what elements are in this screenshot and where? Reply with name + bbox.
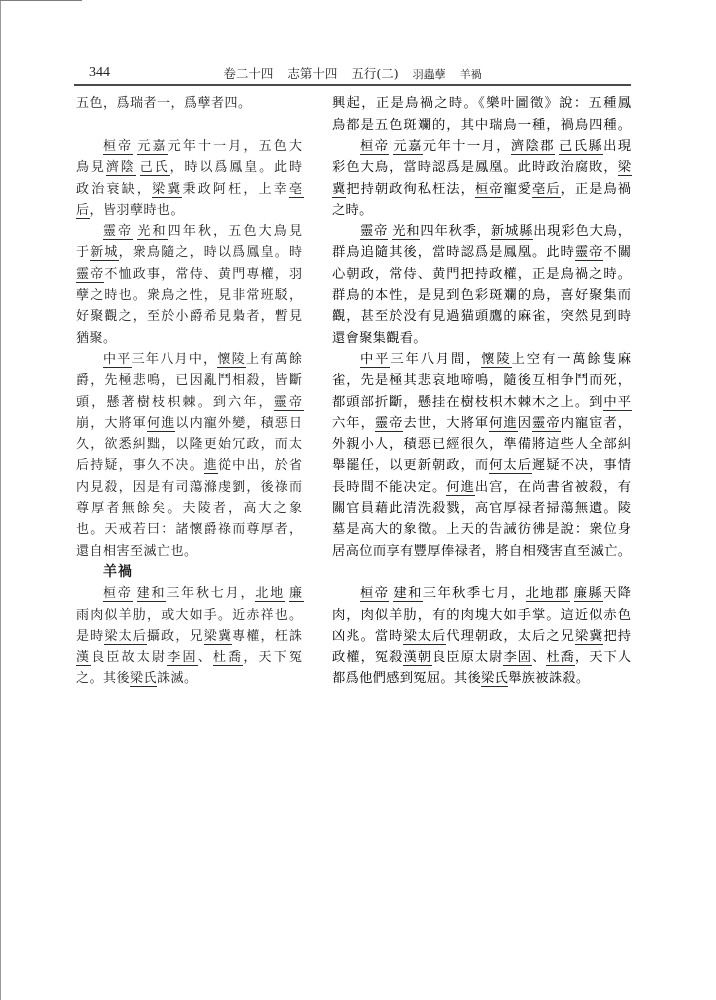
text-run: 鳥都是五色斑斕的，其中瑞鳥一種，禍鳥四種。 (332, 118, 632, 133)
text-line: 猶聚。 (76, 328, 302, 349)
text-run: 上有萬餘 (246, 352, 303, 367)
text-line: 是時梁太后攝政，兄梁冀專權，枉誅 (76, 626, 302, 647)
text-run: 五色，爲瑞者一，爲孽者四。 (76, 96, 252, 111)
proper-name-underlined: 桓帝 (103, 139, 133, 155)
proper-name-underlined: 亳后 (532, 182, 561, 198)
line-text: 桓帝建和三年秋季七月，北地郡廉縣天降 (360, 586, 632, 601)
text-line: 中平三年八月間，懷陵上空有一萬餘隻麻 (332, 349, 631, 370)
text-run: ，正是鳥禍 (561, 182, 632, 197)
text-run: 興起，正是鳥禍之時。《樂叶圖徵》說：五種鳳 (332, 96, 632, 111)
text-line: 關官員藉此清洗殺戮，高官厚禄者掃蕩無遺。陵 (332, 498, 631, 519)
text-run: 羊禍 (103, 564, 133, 580)
text-run: ，天下人 (575, 650, 632, 665)
proper-name-underlined: 漢 (76, 650, 91, 666)
text-line: 桓帝建和三年秋季七月，北地郡廉縣天降 (332, 583, 631, 604)
text-run: 都頭部折斷，懸挂在樹枝枳木棘木之上。到 (332, 395, 603, 410)
text-run: 群鳥追隨其後，當時認爲是鳳凰。此時 (332, 245, 575, 260)
line-text: 墓是高大的象徵。上天的告誡彷彿是說：衆位身 (332, 522, 632, 537)
proper-name-underlined: 己氏 (140, 160, 170, 176)
text-line: 靈帝光和四年秋，五色大鳥見 (76, 221, 302, 242)
line-text: 雨肉似羊肋，或大如手。近赤祥也。 (76, 608, 303, 623)
line-text: 也。天戒若曰：諸懷爵祿而尊厚者， (76, 522, 303, 537)
text-line: 雨肉似羊肋，或大如手。近赤祥也。 (76, 605, 302, 626)
text-run: 不恤政事，常侍、黄門專權，羽 (104, 267, 303, 282)
text-line: 之時。 (332, 200, 631, 221)
proper-name-underlined: 靈帝 (360, 224, 388, 240)
blank-line (332, 562, 631, 583)
text-run: 關官員藉此清洗殺戮，高官厚禄者掃蕩無遺。陵 (332, 501, 632, 516)
modern-translation-column: 興起，正是鳥禍之時。《樂叶圖徵》說：五種鳳鳥都是五色斑斕的，其中瑞鳥一種，禍鳥四… (332, 93, 631, 689)
proper-name-underlined: 梁氏 (130, 671, 157, 687)
text-line: 頭，懸著樹枝枳棘。到六年，靈帝 (76, 392, 302, 413)
line-text: 彩色大鳥，當時認爲是鳳凰。此時政治腐敗，梁 (332, 160, 632, 176)
proper-name-underlined: 桓帝 (475, 182, 504, 198)
text-run: 三年八月間， (390, 352, 481, 367)
line-text: 都爲他們感到冤屈。其後梁氏舉族被誅殺。 (332, 671, 589, 687)
running-title: 卷二十四 志第十四 五行(二) 羽蟲孽 羊禍 (74, 65, 631, 84)
text-line: 也。天戒若曰：諸懷爵祿而尊厚者， (76, 519, 302, 540)
classical-text-column: 五色，爲瑞者一，爲孽者四。桓帝元嘉元年十一月，五色大鳥見濟陰己氏，時以爲鳳皇。此… (76, 93, 302, 689)
text-line: 中平三年八月中，懷陵上有萬餘 (76, 349, 302, 370)
header-rule (74, 84, 631, 86)
text-line: 靈帝不恤政事，常侍、黄門專權，羽 (76, 264, 302, 285)
proper-name-underlined: 新城縣 (491, 224, 533, 240)
line-text: 桓帝元嘉元年十一月，濟陰郡己氏縣出現 (360, 139, 632, 154)
running-title-topic-2: 羊禍 (460, 68, 482, 81)
text-line: 好聚觀之，至於小爵希見梟者，暫見 (76, 306, 302, 327)
text-run: 都爲他們感到冤屈。其後 (332, 671, 481, 686)
proper-name-underlined: 梁冀 (204, 629, 232, 645)
text-run: 是時 (76, 629, 104, 644)
text-run: 把持朝政徇私枉法， (346, 182, 475, 197)
line-text: 居高位而享有豐厚俸禄者，將自相殘害直至滅亡。 (332, 544, 631, 559)
text-run: 墓是高大的象徵。上天的告誡彷彿是說：衆位身 (332, 522, 632, 537)
text-line: 后持疑，事久不决。進從中出，於省 (76, 455, 302, 476)
proper-name-underlined: 光和 (137, 224, 167, 240)
text-run: 代理朝政，太后之兄 (446, 629, 575, 644)
proper-name-underlined: 靈帝 (375, 416, 404, 432)
proper-name-underlined: 杜喬 (213, 650, 243, 666)
text-line: 冀把持朝政徇私枉法，桓帝寵愛亳后，正是鳥禍 (332, 179, 631, 200)
line-text: 好聚觀之，至於小爵希見梟者，暫見 (76, 309, 303, 324)
text-line: 后，皆羽孽時也。 (76, 200, 302, 221)
text-run: 四年秋，五色大鳥見 (168, 224, 304, 239)
text-run: ，時以爲鳳皇。此時 (170, 160, 304, 175)
text-run: 之時。 (332, 203, 373, 218)
line-text: 還自相害至滅亡也。 (76, 544, 198, 559)
text-run: 六年， (332, 416, 375, 431)
text-run: 元年十一月， (423, 139, 511, 154)
text-line: 墓是高大的象徵。上天的告誡彷彿是說：衆位身 (332, 519, 631, 540)
text-run: 政治衰缺， (76, 182, 152, 197)
line-text: 鳥見濟陰己氏，時以爲鳳皇。此時 (76, 160, 304, 175)
text-run: 外親小人，積惡已經很久，準備將這些人全部糾 (332, 437, 632, 452)
text-run: 以内寵外變，積惡日 (175, 416, 303, 431)
line-text: 六年，靈帝去世，大將軍何進因靈帝内寵宦者， (332, 416, 632, 432)
line-text: 舉罷任，以更新朝政，而何太后遲疑不决，事情 (332, 458, 632, 474)
proper-name-underlined: 濟陰郡 (511, 139, 555, 155)
text-run: 四年秋季， (420, 224, 490, 239)
line-text: 政權，冤殺漢朝良臣原太尉李固、杜喬，天下人 (332, 650, 632, 666)
proper-name-underlined: 靈帝 (575, 245, 604, 261)
text-run: 觀，甚至於没有見過猫頭鷹的麻雀，突然見到時 (332, 309, 632, 324)
text-line: 群鳥的本性，是見到色彩斑斕的鳥，喜好聚集而 (332, 285, 631, 306)
text-line: 爵，先極悲鳴，已因亂鬥相殺，皆斷 (76, 370, 302, 391)
text-run: 、 (532, 650, 546, 665)
text-run: 三年八月中， (132, 352, 218, 367)
running-title-topic-1: 羽蟲孽 (413, 68, 446, 81)
text-run: 爵，先極悲鳴，已因亂鬥相殺，皆斷 (76, 373, 303, 388)
line-text: 爵，先極悲鳴，已因亂鬥相殺，皆斷 (76, 373, 303, 388)
blank-line (76, 115, 302, 136)
line-text: 中平三年八月中，懷陵上有萬餘 (103, 352, 303, 368)
text-run: 出現彩色大鳥， (533, 224, 632, 239)
text-run: 三年秋七月， (166, 586, 255, 601)
running-title-section: 五行(二) (351, 66, 398, 81)
text-run: 凶兆。當時 (332, 629, 403, 644)
proper-name-underlined: 桓帝 (360, 586, 389, 602)
proper-name-underlined: 靈帝 (103, 224, 133, 240)
text-line: 凶兆。當時梁太后代理朝政，太后之兄梁冀把持 (332, 626, 631, 647)
text-line: 崩，大將軍何進以内寵外變，積惡日 (76, 413, 302, 434)
text-line: 肉，肉似羊肋，有的肉塊大如手掌。這近似赤色 (332, 605, 631, 626)
text-line: 還自相害至滅亡也。 (76, 541, 302, 562)
line-text: 之時。 (332, 203, 373, 218)
line-text: 鳥都是五色斑斕的，其中瑞鳥一種，禍鳥四種。 (332, 118, 632, 133)
text-run: 長時間不能决定。 (332, 480, 446, 495)
proper-name-underlined: 北地 (255, 586, 285, 602)
line-text: 外親小人，積惡已經很久，準備將這些人全部糾 (332, 437, 632, 452)
line-text: 漢良臣故太尉李固、杜喬，天下冤 (76, 650, 304, 666)
proper-name-underlined: 梁冀 (152, 182, 182, 198)
text-run: 之。其後 (76, 671, 130, 686)
running-title-treatise: 志第十四 (287, 66, 337, 81)
text-line: 漢良臣故太尉李固、杜喬，天下冤 (76, 647, 302, 668)
line-text: 冀把持朝政徇私枉法，桓帝寵愛亳后，正是鳥禍 (332, 182, 632, 198)
text-run: 肉，肉似羊肋，有的肉塊大如手掌。這近似赤色 (332, 608, 632, 623)
text-line: 群鳥追隨其後，當時認爲是鳳凰。此時靈帝不關 (332, 242, 631, 263)
line-text: 中平三年八月間，懷陵上空有一萬餘隻麻 (360, 352, 633, 368)
line-text: 桓帝元嘉元年十一月，五色大 (103, 139, 304, 154)
text-run: 舉族被誅殺。 (508, 671, 589, 686)
line-text: 之。其後梁氏誅滅。 (76, 671, 198, 687)
proper-name-underlined: 進 (204, 458, 218, 474)
text-run: 也。天戒若曰：諸懷爵祿而尊厚者， (76, 522, 303, 537)
proper-name-underlined: 中平 (360, 352, 390, 368)
text-run: 還會聚集觀看。 (332, 331, 427, 346)
text-run: 猶聚。 (76, 331, 117, 346)
proper-name-underlined: 何進 (147, 416, 175, 432)
scan-edge-top (0, 0, 82, 1)
text-line: 長時間不能决定。何進出宫，在尚書省被殺，有 (332, 477, 631, 498)
line-text: 凶兆。當時梁太后代理朝政，太后之兄梁冀把持 (332, 629, 632, 645)
line-text: 内見殺，因是有司蕩滌虔劉，後祿而 (76, 480, 303, 495)
text-line: 政權，冤殺漢朝良臣原太尉李固、杜喬，天下人 (332, 647, 631, 668)
line-text: 心朝政，常侍、黄門把持政權，正是鳥禍之時。 (332, 267, 632, 282)
text-run: 内寵宦者， (561, 416, 632, 431)
text-line: 居高位而享有豐厚俸禄者，將自相殘害直至滅亡。 (332, 541, 631, 562)
text-line: 都頭部折斷，懸挂在樹枝枳木棘木之上。到中平 (332, 392, 631, 413)
line-text: 靈帝光和四年秋季，新城縣出現彩色大鳥， (360, 224, 632, 239)
line-text: 崩，大將軍何進以内寵外變，積惡日 (76, 416, 303, 432)
line-text: 關官員藉此清洗殺戮，高官厚禄者掃蕩無遺。陵 (332, 501, 632, 516)
text-line: 觀，甚至於没有見過猫頭鷹的麻雀，突然見到時 (332, 306, 631, 327)
text-line: 桓帝建和三年秋七月，北地廉 (76, 583, 302, 604)
text-line: 政治衰缺，梁冀秉政阿枉，上幸亳 (76, 179, 302, 200)
proper-name-underlined: 新城 (90, 245, 118, 261)
text-run: 后持疑，事久不决。 (76, 458, 204, 473)
text-run: 居高位而享有豐厚俸禄者，將自相殘害直至滅亡。 (332, 544, 631, 559)
proper-name-underlined: 中平 (103, 352, 132, 368)
text-run: 久，欲悉糾黜，以隆更始冗政，而太 (76, 437, 303, 452)
line-text: 靈帝不恤政事，常侍、黄門專權，羽 (76, 267, 303, 283)
running-title-volume: 卷二十四 (223, 66, 273, 81)
text-run: 出現 (603, 139, 632, 154)
text-line: 桓帝元嘉元年十一月，濟陰郡己氏縣出現 (332, 136, 631, 157)
text-run: 攝政，兄 (147, 629, 204, 644)
line-text: 頭，懸著樹枝枳棘。到六年，靈帝 (76, 395, 304, 411)
text-run: 寵愛 (503, 182, 532, 197)
text-run: 群鳥的本性，是見到色彩斑斕的鳥，喜好聚集而 (332, 288, 632, 303)
proper-name-underlined: 北地郡 (526, 586, 570, 602)
text-run: 良臣原太尉 (432, 650, 503, 665)
text-line: 于新城，衆鳥隨之，時以爲鳳皇。時 (76, 242, 302, 263)
text-run: 從中出，於省 (218, 458, 303, 473)
line-text: 雀，先是極其悲哀地啼鳴，隨後互相争鬥而死， (332, 373, 632, 388)
line-text: 還會聚集觀看。 (332, 331, 427, 346)
text-line: 心朝政，常侍、黄門把持政權，正是鳥禍之時。 (332, 264, 631, 285)
proper-name-underlined: 元嘉 (137, 139, 167, 155)
proper-name-underlined: 元嘉 (393, 139, 422, 155)
line-text: 群鳥的本性，是見到色彩斑斕的鳥，喜好聚集而 (332, 288, 632, 303)
text-run: 頭，懸著樹枝枳棘。到六年， (76, 395, 274, 410)
proper-name-underlined: 懷陵 (217, 352, 246, 368)
line-text: 猶聚。 (76, 331, 117, 346)
proper-name-underlined: 何太后 (489, 458, 532, 474)
text-line: 興起，正是鳥禍之時。《樂叶圖徵》說：五種鳳 (332, 93, 631, 114)
text-line: 舉罷任，以更新朝政，而何太后遲疑不决，事情 (332, 455, 631, 476)
text-line: 還會聚集觀看。 (332, 328, 631, 349)
proper-name-underlined: 己氏縣 (559, 139, 603, 155)
text-run: ，衆鳥隨之，時以爲鳳皇。時 (119, 245, 304, 260)
proper-name-underlined: 梁 (618, 160, 632, 176)
text-line: 鳥都是五色斑斕的，其中瑞鳥一種，禍鳥四種。 (332, 115, 631, 136)
text-run: 元年十一月，五色大 (168, 139, 304, 154)
line-text: 肉，肉似羊肋，有的肉塊大如手掌。這近似赤色 (332, 608, 632, 623)
line-text: 都頭部折斷，懸挂在樹枝枳木棘木之上。到中平 (332, 395, 632, 411)
proper-name-underlined: 桓帝 (360, 139, 389, 155)
text-line: 久，欲悉糾黜，以隆更始冗政，而太 (76, 434, 302, 455)
text-run: 專權，枉誅 (232, 629, 303, 644)
line-text: 于新城，衆鳥隨之，時以爲鳳皇。時 (76, 245, 303, 261)
scanned-book-page: 344 卷二十四 志第十四 五行(二) 羽蟲孽 羊禍 五色，爲瑞者一，爲孽者四。… (0, 0, 716, 1000)
proper-name-underlined: 濟陰 (106, 160, 136, 176)
line-text: 興起，正是鳥禍之時。《樂叶圖徵》說：五種鳳 (332, 96, 632, 111)
proper-name-underlined: 何進 (489, 416, 518, 432)
text-line: 外親小人，積惡已經很久，準備將這些人全部糾 (332, 434, 631, 455)
text-line: 孽之時也。衆鳥之性，見非常班駁， (76, 285, 302, 306)
text-run: 不關 (603, 245, 632, 260)
proper-name-underlined: 靈帝 (532, 416, 561, 432)
proper-name-underlined: 建和 (137, 586, 167, 602)
proper-name-underlined: 梁太后 (104, 629, 147, 645)
proper-name-underlined: 建和 (393, 586, 422, 602)
text-run: 出宫，在尚書省被殺，有 (475, 480, 632, 495)
text-run: 孽之時也。衆鳥之性，見非常班駁， (76, 288, 303, 303)
text-run: 三年秋季七月， (423, 586, 526, 601)
line-text: 五色，爲瑞者一，爲孽者四。 (76, 96, 252, 111)
proper-name-underlined: 李固 (167, 650, 197, 666)
text-line: 五色，爲瑞者一，爲孽者四。 (76, 93, 302, 114)
text-run: 、 (198, 650, 213, 665)
line-text: 群鳥追隨其後，當時認爲是鳳凰。此時靈帝不關 (332, 245, 632, 261)
text-run: 因 (518, 416, 532, 431)
text-run: 于 (76, 245, 90, 260)
text-run: 遲疑不决，事情 (532, 458, 632, 473)
text-run: ，天下冤 (243, 650, 304, 665)
text-run: 舉罷任，以更新朝政，而 (332, 458, 489, 473)
text-line: 尊厚者無餘矣。夫陵者，高大之象 (76, 498, 302, 519)
text-line: 彩色大鳥，當時認爲是鳳凰。此時政治腐敗，梁 (332, 157, 631, 178)
text-run: 誅滅。 (157, 671, 198, 686)
proper-name-underlined: 冀 (332, 182, 346, 198)
line-text: 靈帝光和四年秋，五色大鳥見 (103, 224, 304, 239)
text-run: ，皆羽孽時也。 (90, 203, 185, 218)
line-text: 政治衰缺，梁冀秉政阿枉，上幸亳 (76, 182, 304, 198)
text-run: 内見殺，因是有司蕩滌虔劉，後祿而 (76, 480, 303, 495)
proper-name-underlined: 杜喬 (546, 650, 575, 666)
text-run: 天降 (603, 586, 632, 601)
text-run: 崩，大將軍 (76, 416, 147, 431)
proper-name-underlined: 靈帝 (274, 395, 304, 411)
text-run: 心朝政，常侍、黄門把持政權，正是鳥禍之時。 (332, 267, 632, 282)
text-run: 秉政阿枉，上幸 (182, 182, 288, 197)
text-line: 之。其後梁氏誅滅。 (76, 668, 302, 689)
proper-name-underlined: 光和 (392, 224, 420, 240)
proper-name-underlined: 廉縣 (574, 586, 603, 602)
line-text: 桓帝建和三年秋七月，北地廉 (103, 586, 304, 601)
proper-name-underlined: 中平 (603, 395, 632, 411)
text-line: 鳥見濟陰己氏，時以爲鳳皇。此時 (76, 157, 302, 178)
proper-name-underlined: 梁氏 (481, 671, 508, 687)
text-run: 雀，先是極其悲哀地啼鳴，隨後互相争鬥而死， (332, 373, 632, 388)
proper-name-underlined: 亳 (289, 182, 304, 198)
text-run: 鳥見 (76, 160, 106, 175)
line-text: 孽之時也。衆鳥之性，見非常班駁， (76, 288, 303, 303)
text-run: 去世，大將軍 (403, 416, 489, 431)
proper-name-underlined: 后 (76, 203, 90, 219)
line-text: 后持疑，事久不决。進從中出，於省 (76, 458, 303, 474)
text-run: 政權，冤殺 (332, 650, 403, 665)
text-run: 雨肉似羊肋，或大如手。近赤祥也。 (76, 608, 303, 623)
proper-name-underlined: 桓帝 (103, 586, 133, 602)
scan-edge-left (0, 0, 1, 1000)
section-heading: 羊禍 (76, 562, 302, 583)
proper-name-underlined: 何進 (446, 480, 475, 496)
text-line: 六年，靈帝去世，大將軍何進因靈帝内寵宦者， (332, 413, 631, 434)
text-run: 好聚觀之，至於小爵希見梟者，暫見 (76, 309, 303, 324)
proper-name-underlined: 廉 (289, 586, 304, 602)
text-line: 雀，先是極其悲哀地啼鳴，隨後互相争鬥而死， (332, 370, 631, 391)
text-line: 靈帝光和四年秋季，新城縣出現彩色大鳥， (332, 221, 631, 242)
text-run: 把持 (603, 629, 632, 644)
proper-name-underlined: 靈帝 (76, 267, 104, 283)
text-line: 都爲他們感到冤屈。其後梁氏舉族被誅殺。 (332, 668, 631, 689)
proper-name-underlined: 梁太后 (403, 629, 446, 645)
text-line: 桓帝元嘉元年十一月，五色大 (76, 136, 302, 157)
text-run: 彩色大鳥，當時認爲是鳳凰。此時政治腐敗， (332, 160, 618, 175)
text-line: 内見殺，因是有司蕩滌虔劉，後祿而 (76, 477, 302, 498)
text-run: 良臣故太尉 (91, 650, 167, 665)
line-text: 尊厚者無餘矣。夫陵者，高大之象 (76, 501, 304, 516)
line-text: 是時梁太后攝政，兄梁冀專權，枉誅 (76, 629, 303, 645)
line-text: 久，欲悉糾黜，以隆更始冗政，而太 (76, 437, 303, 452)
proper-name-underlined: 梁冀 (575, 629, 604, 645)
proper-name-underlined: 漢朝 (403, 650, 432, 666)
text-run: 尊厚者無餘矣。夫陵者，高大之象 (76, 501, 304, 516)
text-run: 上空有一萬餘隻麻 (512, 352, 633, 367)
line-text: 長時間不能决定。何進出宫，在尚書省被殺，有 (332, 480, 632, 496)
proper-name-underlined: 懷陵 (481, 352, 511, 368)
proper-name-underlined: 李固 (503, 650, 532, 666)
line-text: 觀，甚至於没有見過猫頭鷹的麻雀，突然見到時 (332, 309, 632, 324)
line-text: 后，皆羽孽時也。 (76, 203, 184, 219)
line-text: 羊禍 (103, 564, 133, 580)
text-run: 還自相害至滅亡也。 (76, 544, 198, 559)
